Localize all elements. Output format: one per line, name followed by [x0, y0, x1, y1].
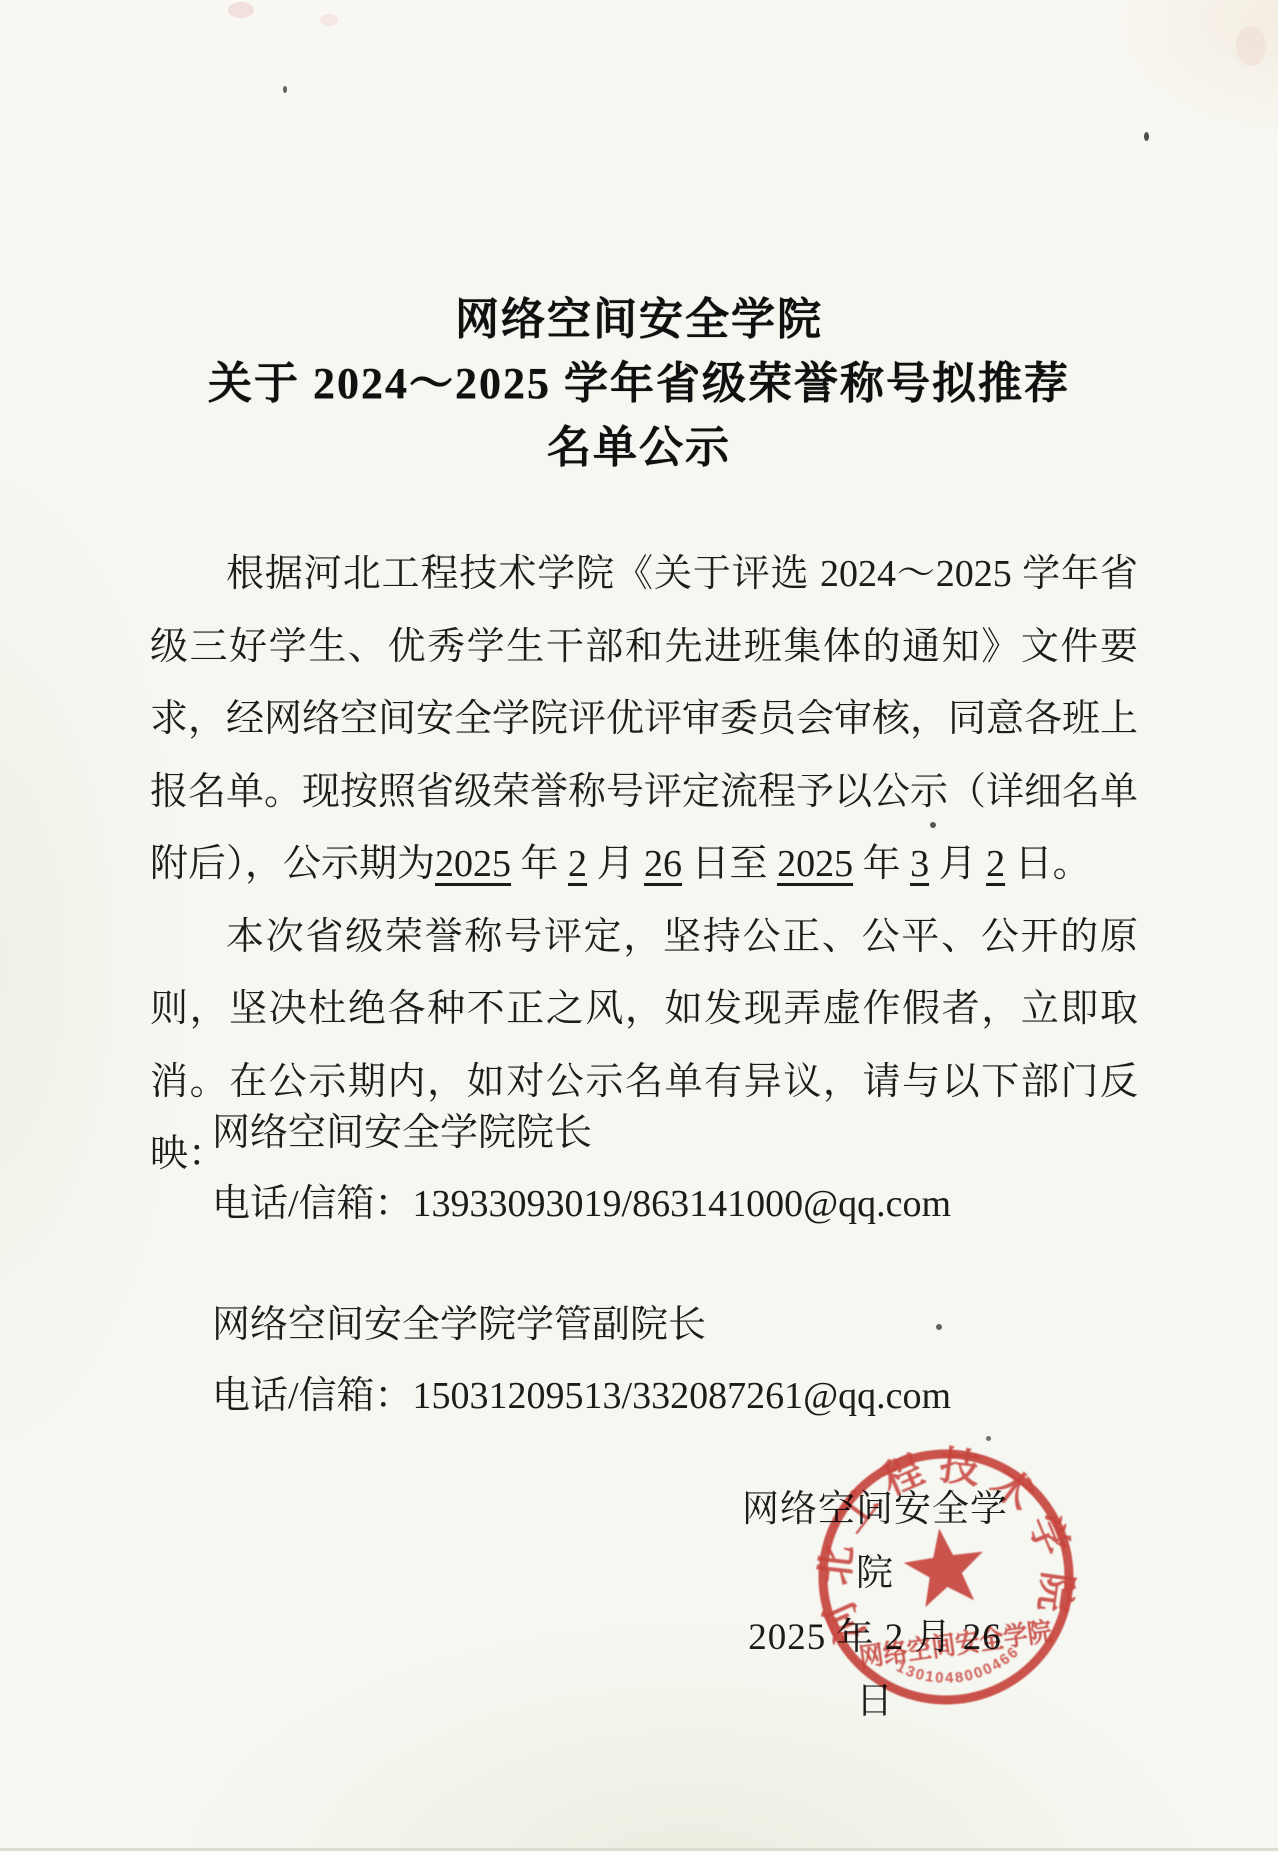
scan-smudge [228, 2, 254, 18]
underlined-date-part: 2 [986, 843, 1005, 885]
underlined-date-part: 2 [568, 843, 587, 885]
contact-block-vice-dean: 网络空间安全学院学管副院长 电话/信箱：15031209513/33208726… [212, 1290, 951, 1432]
official-seal: 河北工程技术学院 网络空间安全学院 1301048000466 [791, 1422, 1100, 1731]
text-segment: 根据河北工程技术学院《关于评选 2024～2025 学年省级三好学生、优秀学生干… [150, 553, 1138, 885]
underlined-date-part: 2025 [777, 843, 853, 885]
contact-block-dean: 网络空间安全学院院长 电话/信箱：13933093019/863141000@q… [212, 1098, 951, 1240]
contact-phone-email: 电话/信箱：15031209513/332087261@qq.com [212, 1361, 951, 1432]
scan-speck [283, 86, 287, 93]
contact-section: 网络空间安全学院院长 电话/信箱：13933093019/863141000@q… [212, 1098, 951, 1432]
underlined-date-part: 2025 [435, 843, 511, 885]
text-segment: 日至 [682, 843, 777, 885]
document-body: 根据河北工程技术学院《关于评选 2024～2025 学年省级三好学生、优秀学生干… [150, 538, 1138, 1191]
scan-smudge [1236, 26, 1266, 66]
underlined-date-part: 26 [644, 843, 682, 885]
seal-inner-label: 网络空间安全学院 [857, 1616, 1053, 1673]
scanned-document-page: 网络空间安全学院 关于 2024～2025 学年省级荣誉称号拟推荐 名单公示 根… [0, 0, 1278, 1851]
text-segment: 年 [853, 843, 910, 885]
scan-speck [1144, 132, 1149, 141]
title-line-3: 名单公示 [0, 416, 1278, 480]
contact-title: 网络空间安全学院学管副院长 [212, 1290, 951, 1361]
text-segment: 日。 [1005, 843, 1091, 885]
document-title: 网络空间安全学院 关于 2024～2025 学年省级荣誉称号拟推荐 名单公示 [0, 288, 1278, 480]
title-line-1: 网络空间安全学院 [0, 288, 1278, 352]
scan-smudge [320, 14, 338, 26]
seal-star-icon [900, 1523, 990, 1609]
title-line-2: 关于 2024～2025 学年省级荣誉称号拟推荐 [0, 352, 1278, 416]
text-segment: 月 [587, 843, 644, 885]
contact-phone-email: 电话/信箱：13933093019/863141000@qq.com [212, 1169, 951, 1240]
text-segment: 年 [511, 843, 568, 885]
underlined-date-part: 3 [910, 843, 929, 885]
paragraph-1: 根据河北工程技术学院《关于评选 2024～2025 学年省级三好学生、优秀学生干… [150, 538, 1138, 901]
text-segment: 月 [929, 843, 986, 885]
contact-title: 网络空间安全学院院长 [212, 1098, 951, 1169]
